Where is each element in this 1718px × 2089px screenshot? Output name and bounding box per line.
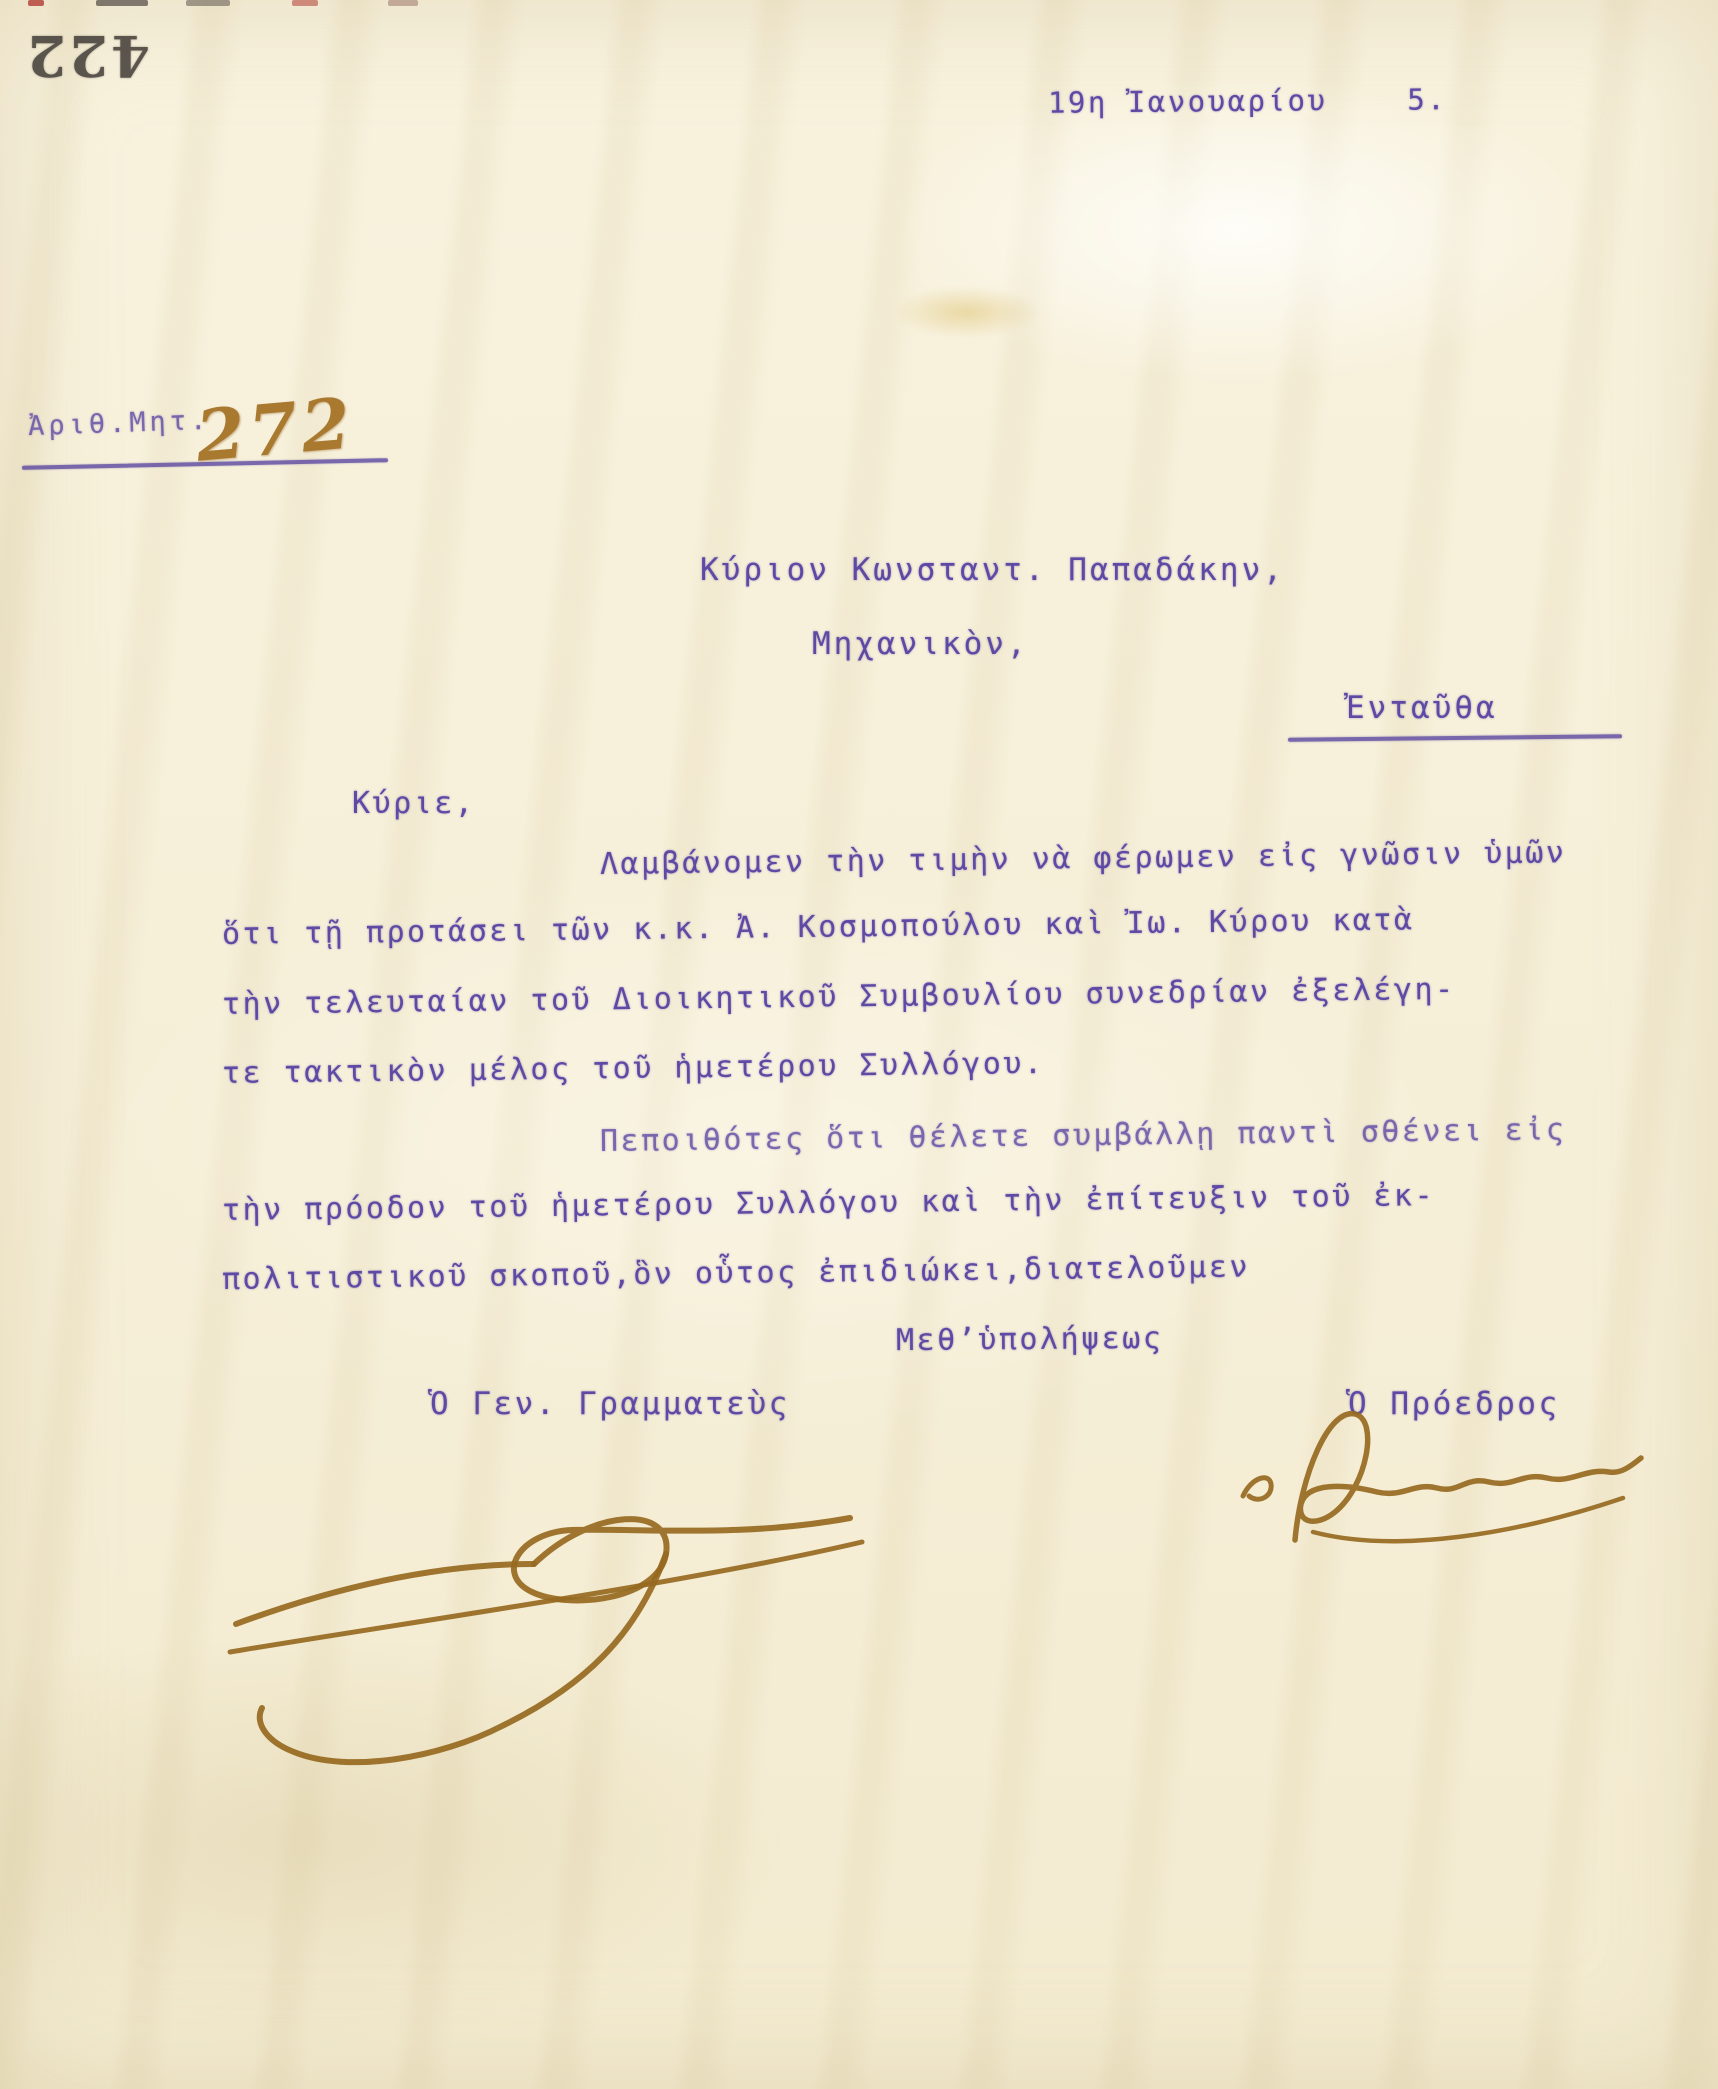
salutation: Κύριε,: [352, 786, 475, 821]
scan-edge-artifact: [186, 0, 230, 6]
secretary-title: Ὁ Γεν. Γραμματεὺς: [430, 1386, 790, 1422]
scan-edge-artifact: [96, 0, 148, 6]
scan-edge-artifact: [28, 0, 44, 6]
body-line: πολιτιστικοῦ σκοποῦ,ὃν οὗτος ἐπιδιώκει,δ…: [222, 1249, 1250, 1297]
scan-edge-artifact: [388, 0, 418, 6]
recipient-name: Κύριον Κωνσταντ. Παπαδάκην,: [700, 552, 1285, 588]
ink-smudge: [892, 286, 1042, 338]
body-line: τὴν τελευταίαν τοῦ Διοικητικοῦ Συμβουλίο…: [222, 972, 1456, 1022]
secretary-signature: [200, 1412, 880, 1802]
body-line: Πεποιθότες ὅτι θέλετε συμβάλλῃ παντὶ σθέ…: [600, 1112, 1567, 1159]
scanned-letter-page: 422 19η Ἰανουαρίου 5. Ἀριθ.Μητ. 272 Κύρι…: [0, 0, 1718, 2089]
page-number-stamp: 422: [30, 22, 150, 88]
body-line: τε τακτικὸν μέλος τοῦ ἡμετέρου Συλλόγου.: [222, 1046, 1045, 1091]
location-underline: [1288, 734, 1622, 741]
body-line: τὴν πρόοδον τοῦ ἡμετέρου Συλλόγου καὶ τὴ…: [222, 1178, 1435, 1228]
body-line: ὅτι τῇ προτάσει τῶν κ.κ. Ἀ. Κοσμοπούλου …: [222, 902, 1415, 952]
registry-label: Ἀριθ.Μητ.: [28, 405, 211, 442]
recipient-location: Ἐνταῦθα: [1346, 690, 1498, 726]
recipient-title: Μηχανικὸν,: [812, 626, 1029, 662]
body-line: Λαμβάνομεν τὴν τιμὴν νὰ φέρωμεν εἰς γνῶσ…: [600, 835, 1567, 882]
president-title: Ὁ Πρόεδρος: [1348, 1386, 1560, 1422]
closing-phrase: Μεθ’ὑπολήψεως: [896, 1321, 1164, 1358]
scan-edge-artifact: [292, 0, 318, 6]
registry-number-handwritten: 272: [193, 381, 358, 477]
letter-date: 19η Ἰανουαρίου 5.: [1048, 82, 1447, 119]
